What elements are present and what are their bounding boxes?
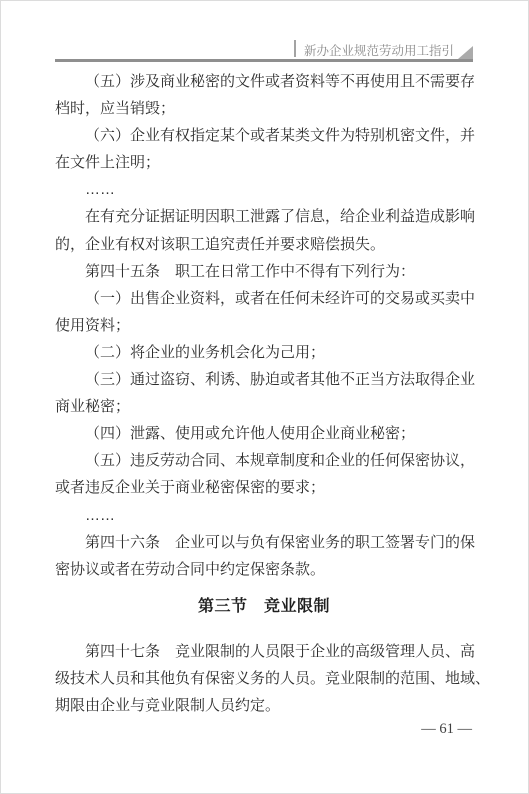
text-line: 第四十五条 职工在日常工作中不得有下列行为： <box>55 258 473 285</box>
text-line: 第四十六条 企业可以与负有保密业务的职工签署专门的保 <box>55 529 473 556</box>
text-line: （三）通过盗窃、利诱、胁迫或者其他不正当方法取得企业 <box>55 366 473 393</box>
document-page: 新办企业规范劳动用工指引 （五）涉及商业秘密的文件或者资料等不再使用且不需要存档… <box>0 0 529 794</box>
text-line: （五）违反劳动合同、本规章制度和企业的任何保密协议， <box>55 447 473 474</box>
text-line: 使用资料； <box>55 312 473 339</box>
text-line: 商业秘密； <box>55 393 473 420</box>
corner-triangle-icon <box>458 46 473 59</box>
text-line: 在有充分证据证明因职工泄露了信息，给企业利益造成影响 <box>55 203 473 230</box>
text-line: （六）企业有权指定某个或者某类文件为特别机密文件，并 <box>55 122 473 149</box>
text-line: （二）将企业的业务机会化为己用； <box>55 339 473 366</box>
text-line: 档时，应当销毁； <box>55 95 473 122</box>
text-line: 密协议或者在劳动合同中约定保密条款。 <box>55 556 473 583</box>
text-line: （一）出售企业资料，或者在任何未经许可的交易或买卖中 <box>55 285 473 312</box>
text-line: …… <box>55 176 473 203</box>
section-heading: 第三节 竞业限制 <box>55 593 473 620</box>
text-line: 在文件上注明； <box>55 149 473 176</box>
text-line: 期限由企业与竞业限制人员约定。 <box>55 692 473 719</box>
page-header: 新办企业规范劳动用工指引 <box>55 38 473 59</box>
running-head-title: 新办企业规范劳动用工指引 <box>304 45 454 58</box>
text-line: （四）泄露、使用或允许他人使用企业商业秘密； <box>55 420 473 447</box>
text-line: 级技术人员和其他负有保密义务的人员。竞业限制的范围、地域、 <box>55 665 473 692</box>
text-line: （五）涉及商业秘密的文件或者资料等不再使用且不需要存 <box>55 68 473 95</box>
header-divider-bar <box>294 40 296 57</box>
text-line: …… <box>55 502 473 529</box>
text-line: 或者违反企业关于商业秘密保密的要求； <box>55 474 473 501</box>
page-body: （五）涉及商业秘密的文件或者资料等不再使用且不需要存档时，应当销毁；（六）企业有… <box>55 68 473 719</box>
text-line: 第四十七条 竞业限制的人员限于企业的高级管理人员、高 <box>55 638 473 665</box>
body-text-block: （五）涉及商业秘密的文件或者资料等不再使用且不需要存档时，应当销毁；（六）企业有… <box>55 68 473 583</box>
text-line: 的，企业有权对该职工追究责任并要求赔偿损失。 <box>55 231 473 258</box>
page-number: — 61 — <box>421 721 472 738</box>
body-text-block: 第四十七条 竞业限制的人员限于企业的高级管理人员、高级技术人员和其他负有保密义务… <box>55 638 473 719</box>
header-rule <box>55 59 473 62</box>
